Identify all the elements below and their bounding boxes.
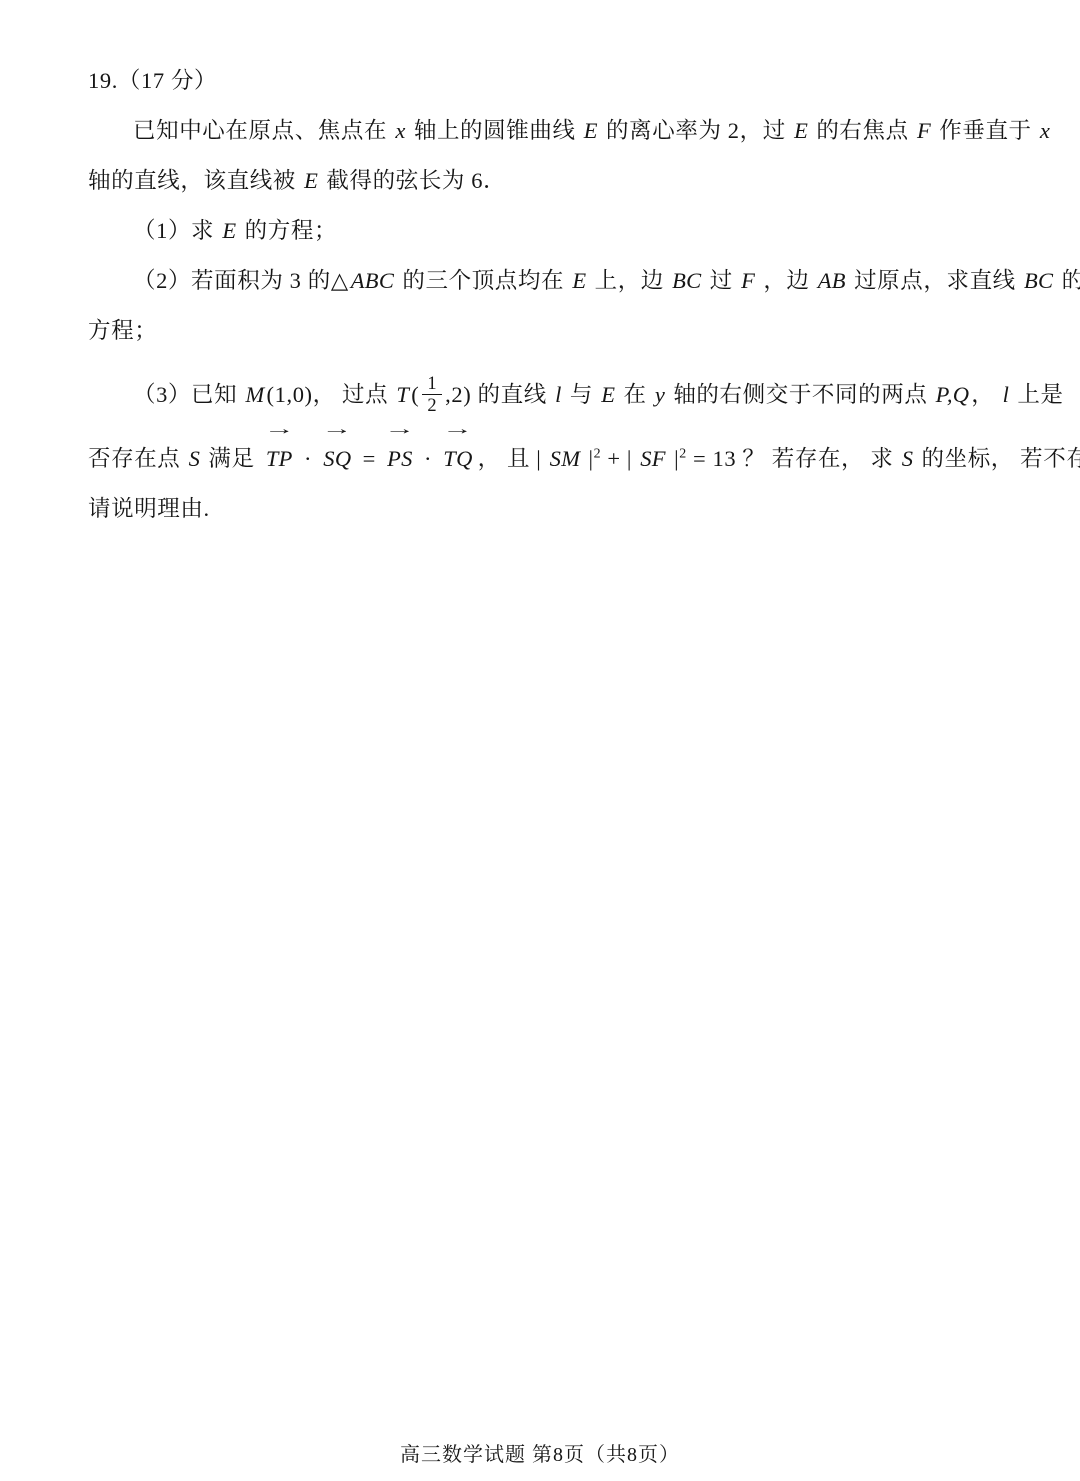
- vector-body: TQ: [443, 446, 472, 471]
- math-variable: S: [902, 446, 914, 471]
- text-segment: ·: [298, 446, 319, 471]
- text-segment: (: [411, 382, 419, 407]
- math-variable: x: [1040, 118, 1050, 143]
- text-segment: 上，边: [588, 268, 670, 293]
- text-line: 否存在点 S 满足 →TP · →SQ = →PS · →TQ， 且 | SM …: [88, 434, 1020, 484]
- math-variable: S: [189, 446, 201, 471]
- text-segment: ·: [418, 446, 439, 471]
- math-variable: F: [741, 268, 755, 293]
- text-segment: 满足: [202, 446, 261, 471]
- math-variable: M: [245, 382, 264, 407]
- text-line: 请说明理由.: [88, 484, 1020, 534]
- text-segment: |: [668, 446, 679, 471]
- vector-notation: →SQ: [323, 434, 351, 484]
- text-segment: 否存在点: [88, 446, 187, 471]
- math-variable: E: [584, 118, 598, 143]
- text-segment: 的右焦点: [810, 118, 915, 143]
- text-segment: 19.（17 分）: [88, 68, 217, 93]
- text-segment: 请说明理由.: [88, 496, 210, 521]
- text-segment: 轴的右侧交于不同的两点: [667, 382, 934, 407]
- vector-arrow-icon: →: [254, 421, 305, 437]
- math-variable: E: [794, 118, 808, 143]
- text-segment: 截得的弦长为 6．: [320, 168, 506, 193]
- math-variable: P,Q: [936, 382, 970, 407]
- text-line: 轴的直线，该直线被 E 截得的弦长为 6．: [88, 156, 1020, 206]
- math-variable: x: [395, 118, 405, 143]
- text-segment: 的方程；: [238, 218, 337, 243]
- text-line: （3）已知 M(1,0)， 过点 T(12,2) 的直线 l 与 E 在 y 轴…: [88, 356, 1020, 434]
- vector-notation: →PS: [387, 434, 413, 484]
- text-segment: 与: [564, 382, 600, 407]
- math-variable: BC: [1024, 268, 1053, 293]
- text-line: 19.（17 分）: [88, 56, 1020, 106]
- page-footer: 高三数学试题 第8页（共8页）: [0, 1438, 1080, 1467]
- text-segment: 的坐标， 若不存在，: [915, 446, 1080, 471]
- text-segment: 上是: [1011, 382, 1063, 407]
- text-segment: =: [356, 446, 382, 471]
- math-variable: F: [917, 118, 931, 143]
- text-line: 方程；: [88, 306, 1020, 356]
- math-variable: T: [396, 382, 409, 407]
- math-variable: l: [1003, 382, 1010, 407]
- math-variable: E: [304, 168, 318, 193]
- text-segment: 的三个顶点均在: [396, 268, 570, 293]
- math-variable: ABC: [351, 268, 394, 293]
- vector-arrow-icon: →: [311, 421, 364, 437]
- text-segment: 方程；: [88, 318, 157, 343]
- text-line: 已知中心在原点、焦点在 x 轴上的圆锥曲线 E 的离心率为 2，过 E 的右焦点…: [88, 106, 1020, 156]
- text-segment: 轴的直线，该直线被: [88, 168, 302, 193]
- superscript: 2: [679, 447, 687, 462]
- text-segment: 的: [1055, 268, 1080, 293]
- text-segment: ，: [971, 382, 1000, 407]
- text-segment: 在: [617, 382, 653, 407]
- text-segment: (1,0)， 过点: [267, 382, 395, 407]
- vector-arrow-icon: →: [376, 421, 425, 437]
- text-segment: 的离心率为 2，过: [600, 118, 792, 143]
- exam-page: 19.（17 分）已知中心在原点、焦点在 x 轴上的圆锥曲线 E 的离心率为 2…: [0, 0, 1080, 1481]
- text-segment: ， 且 |: [478, 446, 548, 471]
- math-variable: SF: [640, 446, 666, 471]
- math-variable: l: [555, 382, 562, 407]
- text-segment: 轴上的圆锥曲线: [408, 118, 582, 143]
- question-19-body: 19.（17 分）已知中心在原点、焦点在 x 轴上的圆锥曲线 E 的离心率为 2…: [88, 56, 1020, 534]
- math-variable: AB: [818, 268, 846, 293]
- vector-body: TP: [266, 446, 293, 471]
- vector-notation: →TP: [266, 434, 293, 484]
- text-segment: + |: [601, 446, 638, 471]
- fraction-denominator: 2: [422, 395, 442, 417]
- vector-body: SQ: [323, 446, 351, 471]
- text-segment: 过原点，求直线: [848, 268, 1022, 293]
- text-segment: （1）求: [133, 218, 220, 243]
- text-segment: ，边: [757, 268, 816, 293]
- text-segment: 过: [704, 268, 740, 293]
- text-segment: （3）已知: [133, 382, 243, 407]
- text-line: （1）求 E 的方程；: [88, 206, 1020, 256]
- vector-body: PS: [387, 446, 413, 471]
- text-segment: （2）若面积为 3 的△: [133, 268, 349, 293]
- text-line: （2）若面积为 3 的△ABC 的三个顶点均在 E 上，边 BC 过 F ，边 …: [88, 256, 1020, 306]
- vector-arrow-icon: →: [430, 421, 486, 437]
- text-segment: 已知中心在原点、焦点在: [133, 118, 393, 143]
- math-variable: y: [655, 382, 665, 407]
- math-variable: E: [572, 268, 586, 293]
- fraction: 12: [422, 373, 442, 418]
- vector-notation: →TQ: [443, 434, 472, 484]
- math-variable: E: [601, 382, 615, 407]
- text-segment: ,2) 的直线: [445, 382, 553, 407]
- fraction-numerator: 1: [422, 373, 442, 396]
- text-segment: = 13 ？ 若存在， 求: [687, 446, 900, 471]
- math-variable: E: [222, 218, 236, 243]
- text-segment: |: [582, 446, 593, 471]
- math-variable: SM: [550, 446, 581, 471]
- math-variable: BC: [672, 268, 701, 293]
- text-segment: 作垂直于: [933, 118, 1038, 143]
